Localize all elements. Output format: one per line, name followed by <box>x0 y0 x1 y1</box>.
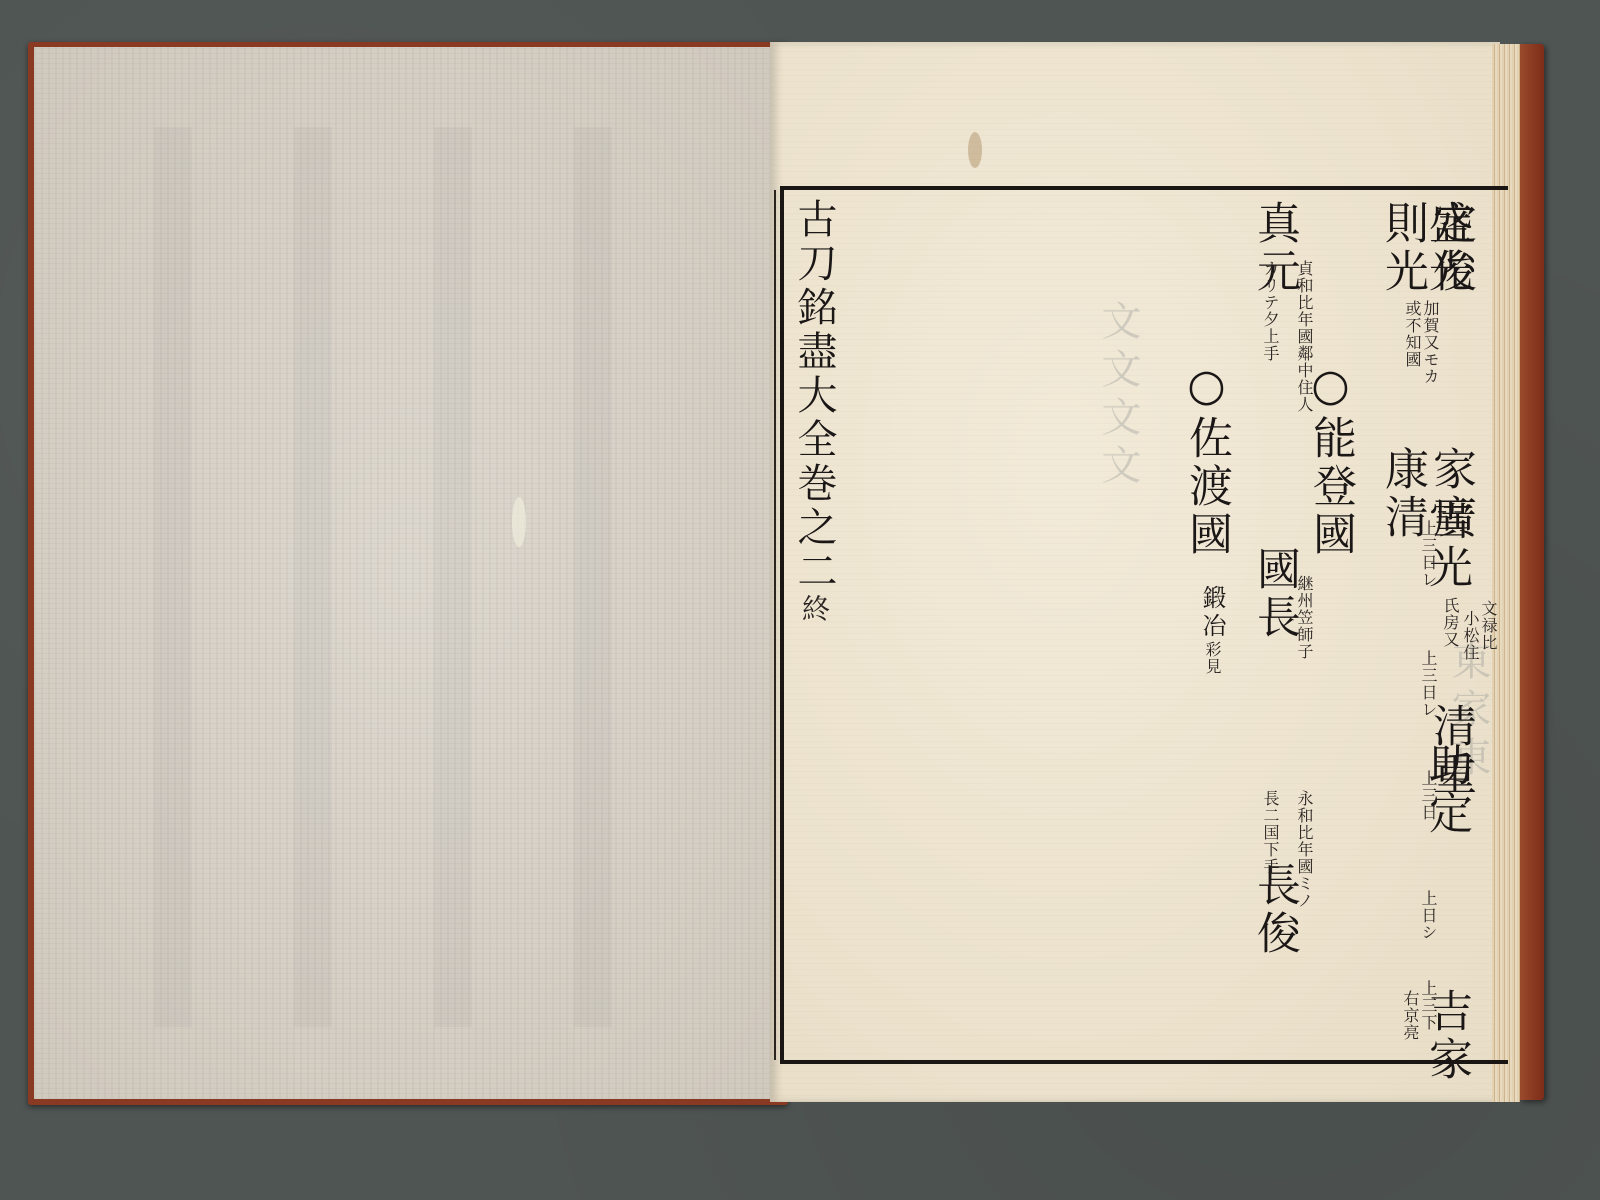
show-through-column <box>434 127 472 1027</box>
annotation: 上三日 <box>1420 770 1436 821</box>
annotation: 文禄比 <box>1479 600 1498 651</box>
annotation: 或不知國 <box>1404 300 1420 368</box>
annotation: 加賀又モカ <box>1422 300 1438 385</box>
swordsmith-name: 長俊 <box>1249 862 1300 958</box>
gutter-line <box>774 190 776 1060</box>
entry-kaji: 鍛冶彩見 <box>1200 585 1224 675</box>
heading-text: ○佐渡國 <box>1181 360 1232 559</box>
annotation: 永和比年國ミノ <box>1296 790 1312 909</box>
annotation-pair: 文禄比 <box>1480 600 1496 651</box>
annotation: 上三下 <box>1420 980 1436 1031</box>
annotation: 上日シ <box>1420 890 1436 941</box>
swordsmith-name: 國長 <box>1249 546 1300 642</box>
annotation: 上三日レ <box>1420 650 1436 718</box>
paper-mark <box>512 497 526 547</box>
annotation: 貞和比年國鄰中住人 <box>1296 260 1312 413</box>
annotation: 継州笠師子 <box>1296 575 1312 660</box>
show-through-column <box>154 127 192 1027</box>
swordsmith-name: 鍛冶 <box>1198 585 1226 641</box>
province-heading-noto: ○能登國 <box>1308 360 1352 559</box>
annotation: 長二国下手 <box>1262 790 1278 875</box>
annotation: 彩見 <box>1203 641 1222 675</box>
book-cover-right <box>1520 44 1544 1100</box>
swordsmith-name: 盛光 <box>1421 200 1472 296</box>
annotation: 右京亮 <box>1402 990 1418 1041</box>
title-suffix: 終 <box>798 594 831 623</box>
annotation: カリテ夕上手 <box>1262 260 1278 362</box>
province-heading-sado: ○佐渡國 <box>1184 360 1228 559</box>
book-title: 古刀銘盡大全巻之二終 <box>794 198 834 623</box>
show-through-column <box>574 127 612 1027</box>
paper-stain <box>968 132 982 168</box>
left-page-endpaper <box>34 47 778 1099</box>
show-through-text: 文文文文 <box>1090 300 1147 492</box>
swordsmith-name: 則光 <box>1377 200 1428 296</box>
annotation: 上三日レ <box>1420 520 1436 588</box>
title-text: 古刀銘盡大全巻之二 <box>791 198 837 594</box>
show-through-column <box>294 127 332 1027</box>
